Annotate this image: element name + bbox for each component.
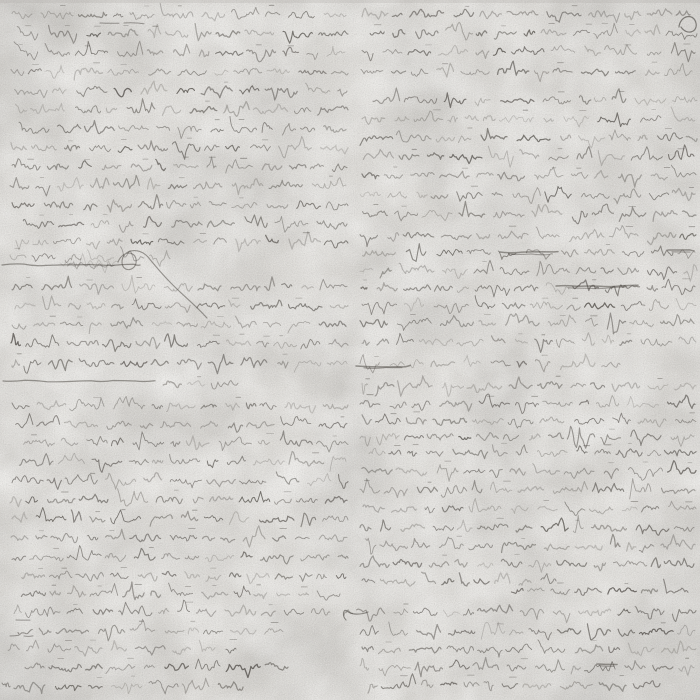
paper-texture [0,0,700,700]
manuscript-rendering [0,0,700,700]
manuscript-scan: Aged gray paper sheet densely covered wi… [0,0,700,700]
